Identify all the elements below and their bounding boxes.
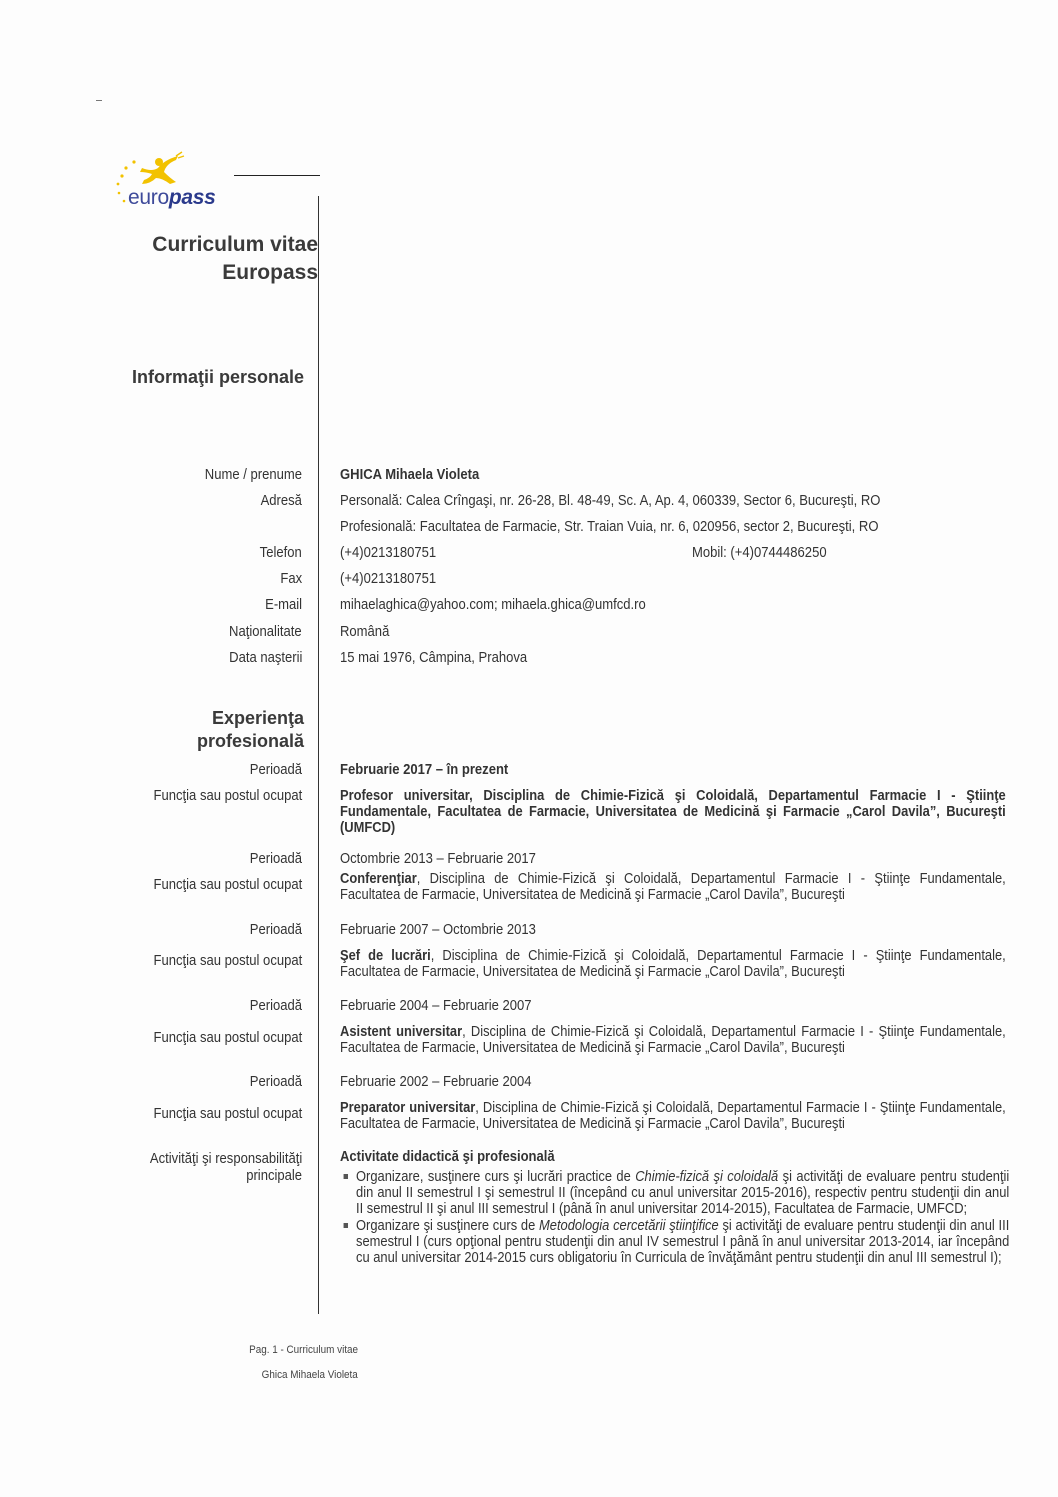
document-title: Curriculum vitae [152, 233, 318, 257]
position-details: , Disciplina de Chimie-Fizică şi Coloida… [340, 871, 1006, 903]
position-details: , Disciplina de Chimie-Fizică şi Coloida… [340, 948, 1006, 980]
label-activities-cont: principale [246, 1168, 302, 1184]
bullet-square-icon [344, 1174, 348, 1179]
label-position: Funcţia sau postul ocupat [153, 1106, 302, 1122]
entry-position: Conferenţiar, Disciplina de Chimie-Fizic… [340, 871, 1006, 903]
value-email[interactable]: mihaelaghica@yahoo.com; mihaela.ghica@um… [340, 597, 646, 613]
label-birth-date: Data naşterii [229, 650, 302, 666]
bullet-emphasis: Chimie-fizică şi coloidală [635, 1169, 778, 1185]
activities-list: Organizare, susţinere curs şi lucrări pr… [340, 1169, 1009, 1267]
bullet-text: Organizare şi susţinere curs de [356, 1218, 539, 1234]
label-phone: Telefon [260, 545, 302, 561]
position-title: Şef de lucrări [340, 948, 431, 964]
label-position: Funcţia sau postul ocupat [153, 1030, 302, 1046]
label-position: Funcţia sau postul ocupat [153, 953, 302, 969]
position-title: Conferenţiar [340, 871, 417, 887]
activities-heading: Activitate didactică şi profesională [340, 1149, 555, 1165]
value-address-personal: Personală: Calea Crîngaşi, nr. 26-28, Bl… [340, 493, 880, 509]
bullet-emphasis: Metodologia cercetării ştiinţifice [539, 1218, 719, 1234]
entry-period: Februarie 2004 – Februarie 2007 [340, 998, 532, 1014]
position-title: Preparator universitar [340, 1100, 475, 1116]
label-fax: Fax [280, 571, 302, 587]
bullet-text: Organizare, susţinere curs şi lucrări pr… [356, 1169, 635, 1185]
label-address: Adresă [261, 493, 302, 509]
value-birth-date: 15 mai 1976, Câmpina, Prahova [340, 650, 527, 666]
entry-position: Preparator universitar, Disciplina de Ch… [340, 1100, 1006, 1132]
entry-period: Octombrie 2013 – Februarie 2017 [340, 851, 536, 867]
label-period: Perioadă [250, 762, 302, 778]
footer-name: Ghica Mihaela Violeta [262, 1369, 358, 1381]
section-experience-line2: profesională [197, 730, 304, 753]
list-item: Organizare, susţinere curs şi lucrări pr… [340, 1169, 1009, 1217]
label-period: Perioadă [250, 1074, 302, 1090]
position-title: Asistent universitar [340, 1024, 462, 1040]
list-item: Organizare şi susţinere curs de Metodolo… [340, 1218, 1009, 1266]
value-phone: (+4)0213180751 [340, 545, 436, 561]
label-name: Nume / prenume [205, 467, 302, 483]
bullet-square-icon [344, 1223, 348, 1228]
entry-period: Februarie 2007 – Octombrie 2013 [340, 922, 536, 938]
value-address-professional: Profesională: Facultatea de Farmacie, St… [340, 519, 878, 535]
label-activities: Activităţi şi responsabilităţi [150, 1151, 302, 1167]
value-mobile: Mobil: (+4)0744486250 [692, 545, 827, 561]
value-name: GHICA Mihaela Violeta [340, 467, 479, 483]
footer-page: Pag. 1 - Curriculum vitae [249, 1344, 358, 1356]
entry-position: Şef de lucrări, Disciplina de Chimie-Fiz… [340, 948, 1006, 980]
label-period: Perioadă [250, 922, 302, 938]
section-experience-line1: Experienţa [197, 707, 304, 730]
label-period: Perioadă [250, 998, 302, 1014]
value-fax: (+4)0213180751 [340, 571, 436, 587]
europass-wordmark: europass [128, 186, 216, 210]
section-experience: Experienţa profesională [197, 707, 304, 753]
label-position: Funcţia sau postul ocupat [153, 788, 302, 804]
entry-position: Profesor universitar, Disciplina de Chim… [340, 788, 1006, 836]
label-position: Funcţia sau postul ocupat [153, 877, 302, 893]
label-period: Perioadă [250, 851, 302, 867]
entry-position: Asistent universitar, Disciplina de Chim… [340, 1024, 1006, 1056]
column-divider [318, 196, 319, 1314]
label-nationality: Naţionalitate [229, 624, 302, 640]
entry-period: Februarie 2017 – în prezent [340, 762, 508, 778]
scan-mark [96, 100, 102, 101]
header-rule [234, 175, 320, 176]
label-email: E-mail [265, 597, 302, 613]
value-nationality: Română [340, 624, 389, 640]
document-subtitle: Europass [222, 261, 318, 285]
entry-period: Februarie 2002 – Februarie 2004 [340, 1074, 532, 1090]
section-personal-info: Informaţii personale [132, 366, 304, 389]
position-title: Profesor universitar [340, 788, 469, 804]
